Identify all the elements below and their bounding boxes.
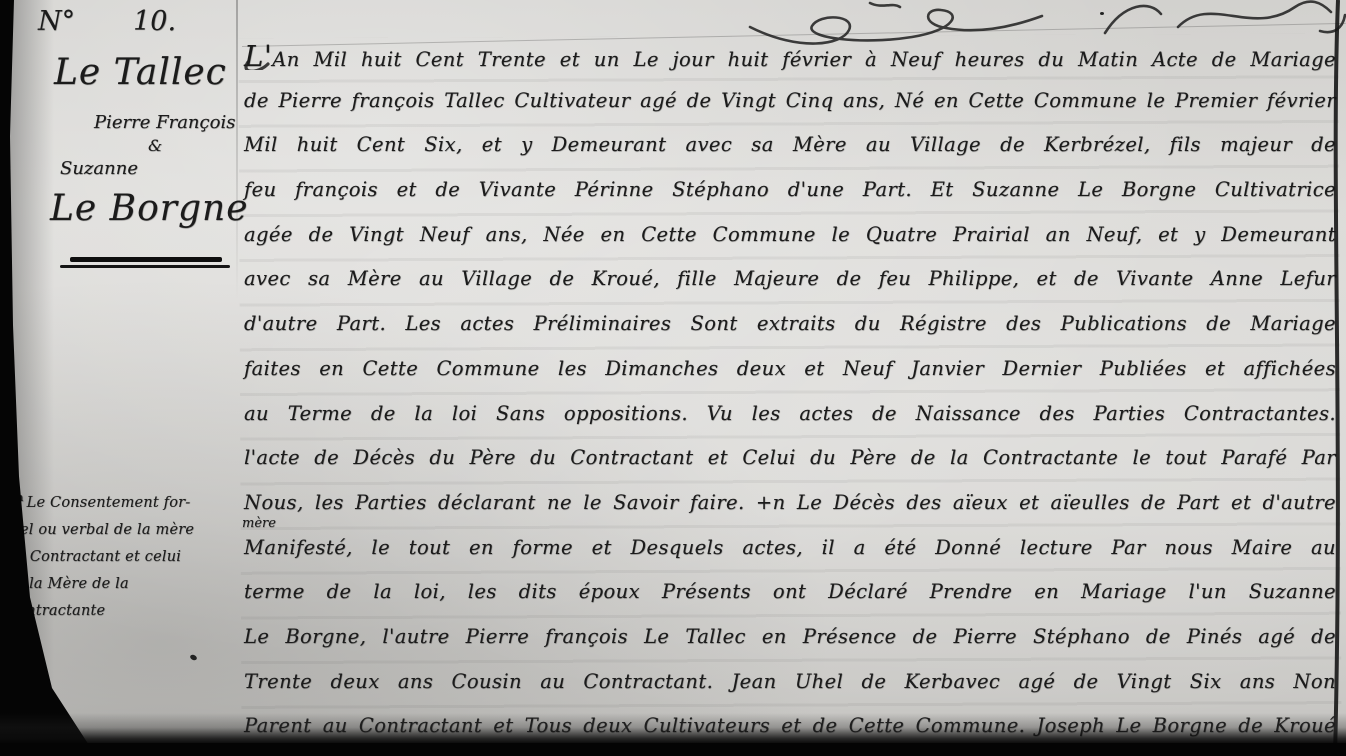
- act-line: faites en Cette Commune les Dimanches de…: [244, 347, 1336, 392]
- act-line: Manifesté, le tout en forme et Desquels …: [244, 526, 1336, 571]
- act-line: de Pierre françois Tallec Cultivateur ag…: [244, 79, 1336, 124]
- margin-fold-line: [236, 0, 238, 300]
- act-body-text: L'An Mil huit Cent Trente et un Le jour …: [244, 34, 1336, 749]
- record-number-value: 10.: [133, 6, 176, 37]
- act-line: Le Borgne, l'autre Pierre françois Le Ta…: [244, 615, 1336, 660]
- act-line: agée de Vingt Neuf ans, Née en Cette Com…: [244, 213, 1336, 258]
- act-line: Trente deux ans Cousin au Contractant. J…: [244, 660, 1336, 705]
- act-line: d'autre Part. Les actes Préliminaires So…: [244, 302, 1336, 347]
- act-line: au Terme de la loi Sans oppositions. Vu …: [244, 392, 1336, 437]
- margin-groom-given-names: Pierre François: [94, 112, 235, 133]
- act-line: avec sa Mère au Village de Kroué, fille …: [244, 257, 1336, 302]
- scanned-register-page: N° 10. Le Tallec Pierre François & Suzan…: [0, 0, 1346, 756]
- interline-word: mère: [242, 516, 276, 531]
- margin-conjunction: &: [148, 136, 162, 155]
- act-line: feu françois et de Vivante Périnne Stéph…: [244, 168, 1336, 213]
- act-line: terme de la loi, les dits époux Présents…: [244, 570, 1336, 615]
- scan-edge-bottom: [0, 743, 1346, 756]
- act-line: l'acte de Décès du Père du Contractant e…: [244, 436, 1336, 481]
- bottom-page-shadow: [0, 713, 1346, 745]
- act-line: L'An Mil huit Cent Trente et un Le jour …: [244, 34, 1336, 79]
- margin-double-rule-top: [70, 257, 222, 262]
- ink-speck: [1100, 12, 1104, 15]
- act-line: Mil huit Cent Six, et y Demeurant avec s…: [244, 123, 1336, 168]
- act-line: Nous, les Parties déclarant ne le Savoir…: [244, 481, 1336, 526]
